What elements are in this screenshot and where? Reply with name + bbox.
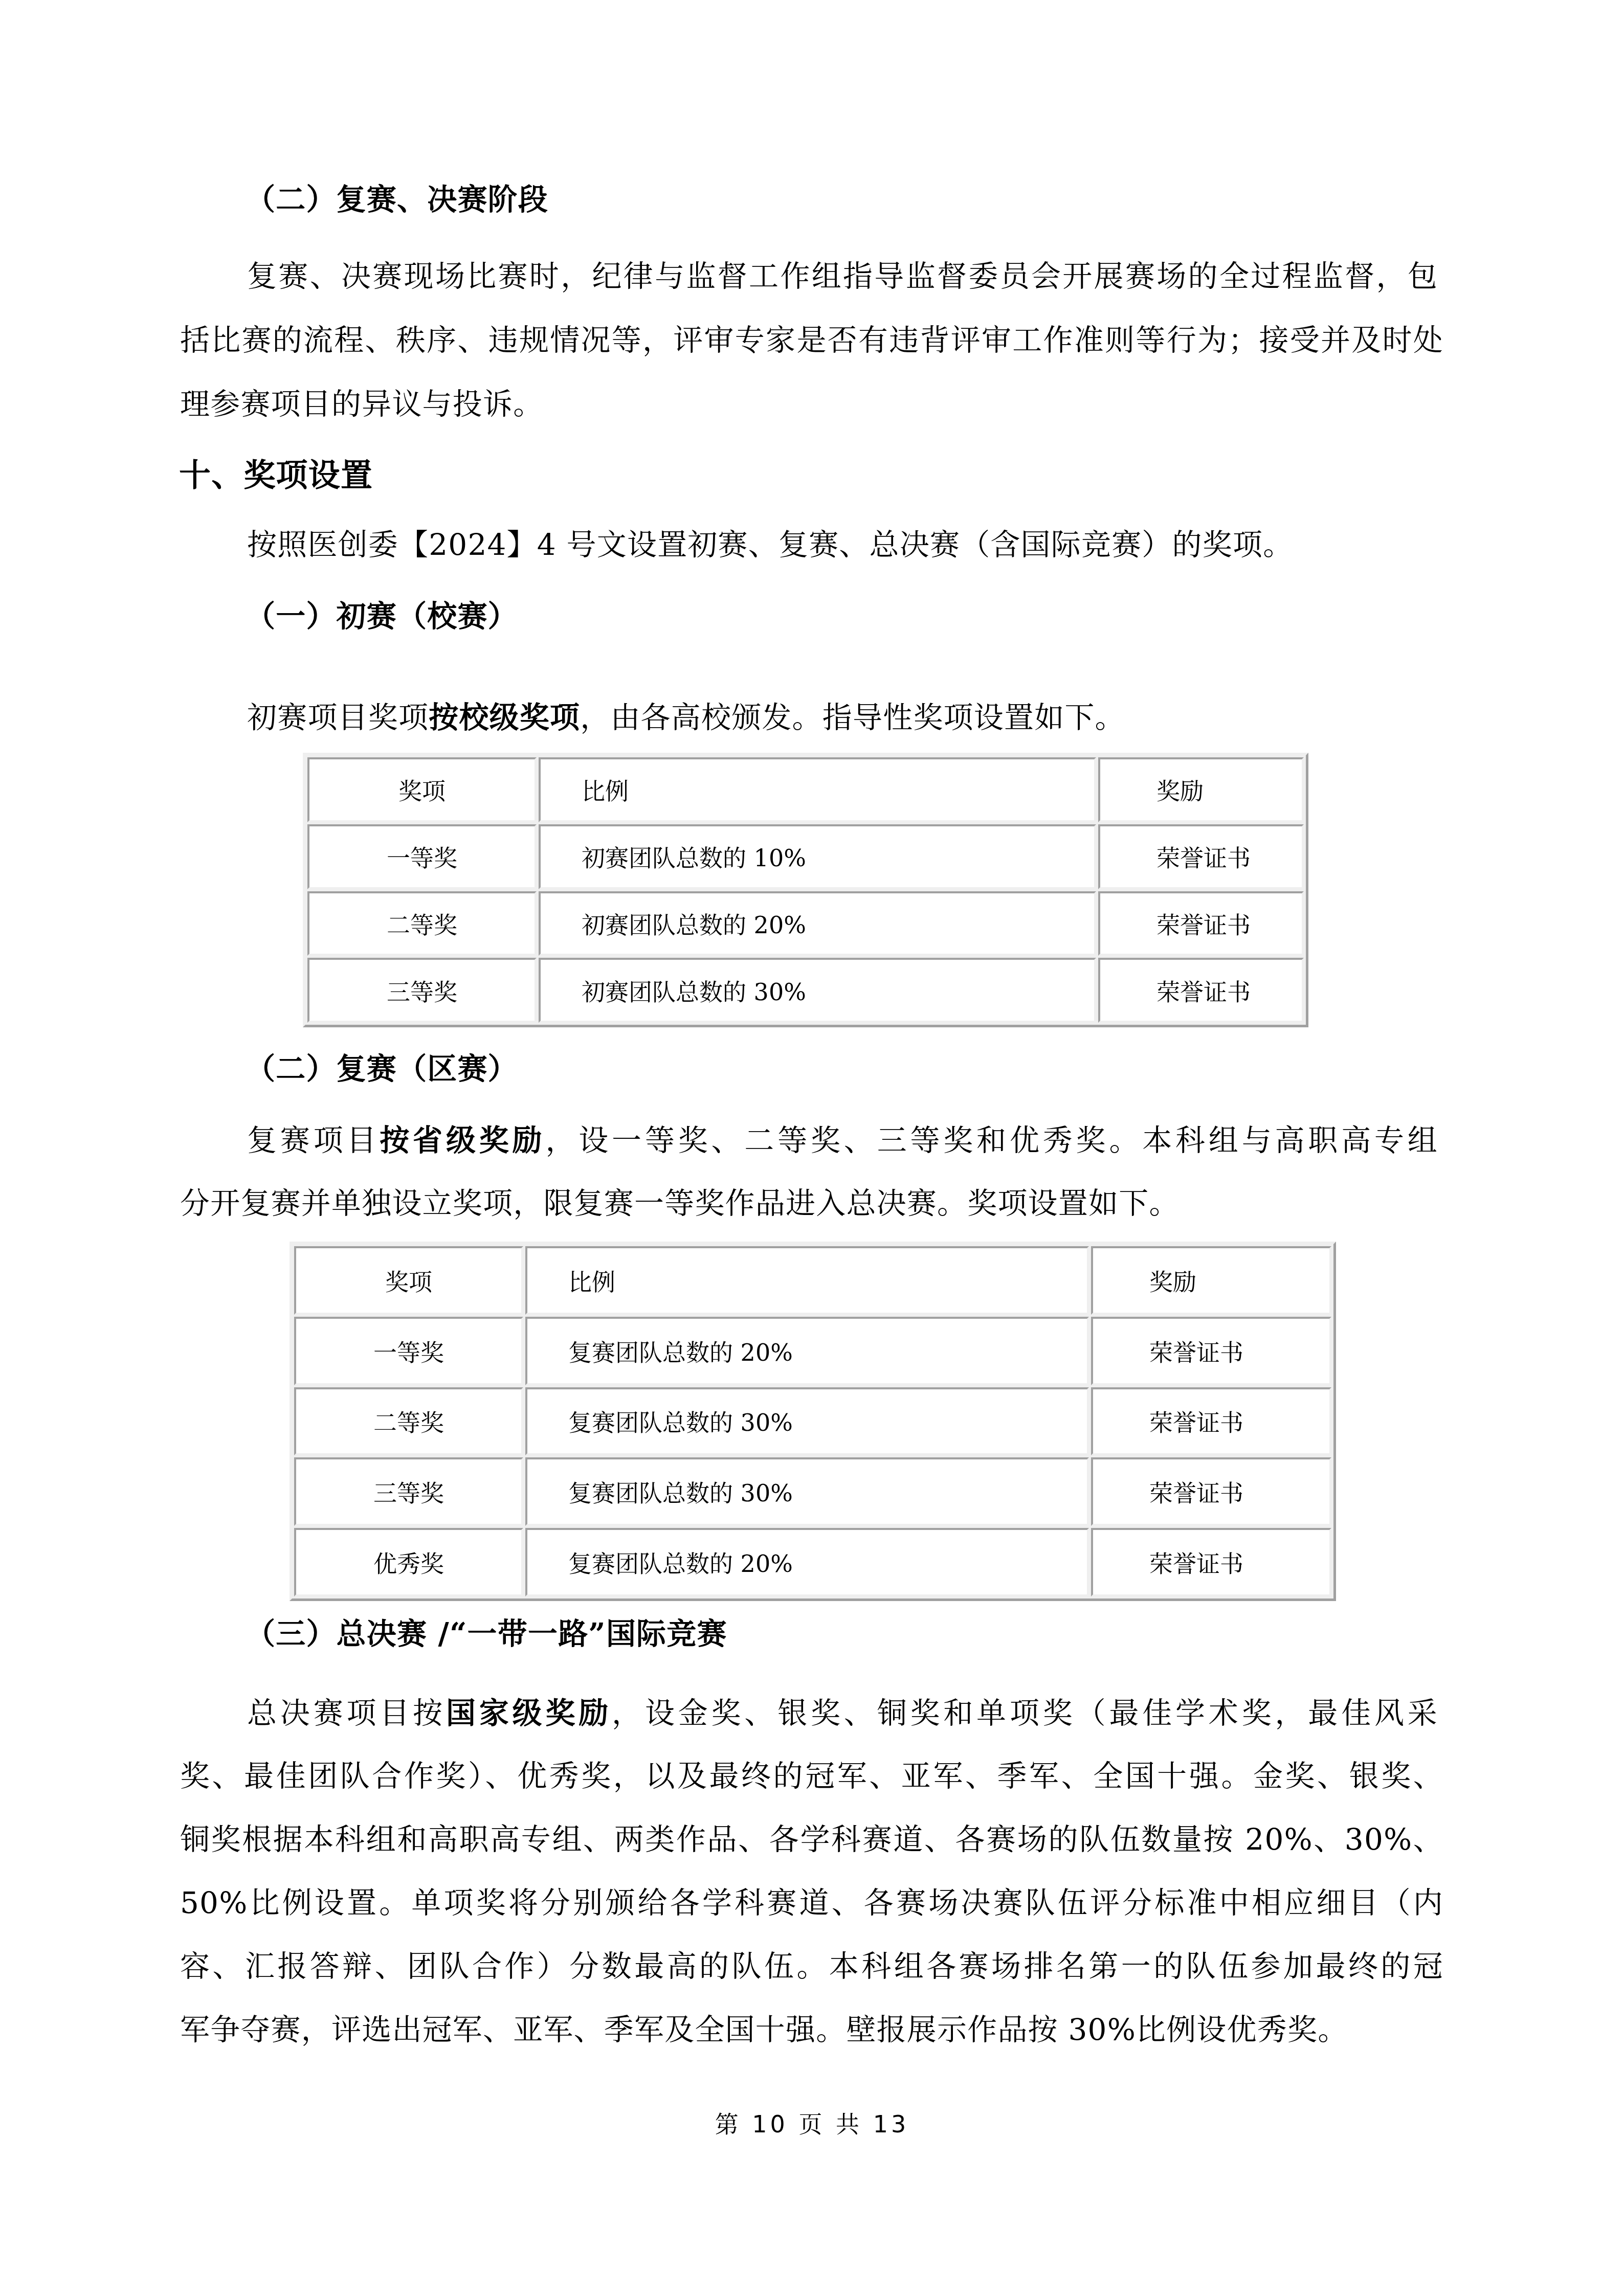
table-cell: 复赛团队总数的 30% (525, 1457, 1089, 1526)
table-cell: 荣誉证书 (1091, 1528, 1331, 1596)
text: ，由各高校颁发。指导性奖项设置如下。 (580, 700, 1125, 735)
chapter-intro: 按照医创委【2024】4 号文设置初赛、复赛、总决赛（含国际竞赛）的奖项。 (247, 527, 1510, 562)
paragraph-line: 铜奖根据本科组和高职高专组、两类作品、各学科赛道、各赛场的队伍数量按 20%、3… (180, 1821, 1443, 1857)
table-cell: 荣誉证书 (1098, 958, 1304, 1023)
table-row: 优秀奖 复赛团队总数的 20% 荣誉证书 (294, 1528, 1331, 1596)
table-cell: 荣誉证书 (1098, 891, 1304, 956)
table-cell: 荣誉证书 (1091, 1387, 1331, 1456)
paragraph-line: 复赛、决赛现场比赛时，纪律与监督工作组指导监督委员会开展赛场的全过程监督，包 (247, 258, 1438, 294)
table-cell: 初赛团队总数的 20% (539, 891, 1096, 956)
paragraph-line: 军争夺赛，评选出冠军、亚军、季军及全国十强。壁报展示作品按 30%比例设优秀奖。 (180, 2012, 1443, 2047)
table-cell: 一等奖 (307, 824, 537, 889)
table-cell: 复赛团队总数的 30% (525, 1387, 1089, 1456)
table-cell: 二等奖 (294, 1387, 523, 1456)
table-cell: 荣誉证书 (1098, 824, 1304, 889)
table-row: 二等奖 初赛团队总数的 20% 荣誉证书 (307, 891, 1304, 956)
header-cell: 奖项 (294, 1246, 523, 1315)
subsection-heading-preliminary: （一）初赛（校赛） (246, 598, 1509, 634)
table-cell: 三等奖 (294, 1457, 523, 1526)
header-cell: 奖项 (307, 757, 537, 822)
header-cell: 比例 (539, 757, 1096, 822)
table-cell: 荣誉证书 (1091, 1457, 1331, 1526)
text: 总决赛项目按 (247, 1696, 446, 1730)
table-header-row: 奖项 比例 奖励 (294, 1246, 1331, 1315)
header-cell: 奖励 (1091, 1246, 1331, 1315)
table-cell: 初赛团队总数的 10% (539, 824, 1096, 889)
text: 初赛项目奖项 (247, 700, 429, 735)
table-cell: 复赛团队总数的 20% (525, 1528, 1089, 1596)
document-page: （二）复赛、决赛阶段 复赛、决赛现场比赛时，纪律与监督工作组指导监督委员会开展赛… (0, 0, 1624, 2296)
table-cell: 三等奖 (307, 958, 537, 1023)
preliminary-description: 初赛项目奖项按校级奖项，由各高校颁发。指导性奖项设置如下。 (247, 700, 1510, 735)
paragraph-line: 理参赛项目的异议与投诉。 (180, 386, 1443, 422)
table-cell: 初赛团队总数的 30% (539, 958, 1096, 1023)
table-row: 一等奖 复赛团队总数的 20% 荣誉证书 (294, 1317, 1331, 1385)
table-row: 一等奖 初赛团队总数的 10% 荣誉证书 (307, 824, 1304, 889)
text: 复赛项目 (247, 1123, 380, 1158)
subsection-heading-final: （三）总决赛 /“一带一路”国际竞赛 (246, 1616, 1509, 1652)
table-cell: 优秀奖 (294, 1528, 523, 1596)
preliminary-award-table: 奖项 比例 奖励 一等奖 初赛团队总数的 10% 荣誉证书 二等奖 初赛团队总数… (303, 753, 1308, 1027)
text: ，设一等奖、二等奖、三等奖和优秀奖。本科组与高职高专组 (545, 1123, 1438, 1158)
table-cell: 荣誉证书 (1091, 1317, 1331, 1385)
table-cell: 二等奖 (307, 891, 537, 956)
semifinal-description-line2: 分开复赛并单独设立奖项，限复赛一等奖作品进入总决赛。奖项设置如下。 (180, 1185, 1443, 1221)
section-heading-semifinal-final-stage: （二）复赛、决赛阶段 (246, 182, 1509, 217)
table-cell: 复赛团队总数的 20% (525, 1317, 1089, 1385)
paragraph-line: 括比赛的流程、秩序、违规情况等，评审专家是否有违背评审工作准则等行为；接受并及时… (180, 322, 1443, 358)
subsection-heading-semifinal: （二）复赛（区赛） (246, 1051, 1509, 1087)
bold-text: 国家级奖励 (446, 1696, 612, 1730)
table-row: 三等奖 初赛团队总数的 30% 荣誉证书 (307, 958, 1304, 1023)
final-description-line1: 总决赛项目按国家级奖励，设金奖、银奖、铜奖和单项奖（最佳学术奖，最佳风采 (247, 1695, 1438, 1731)
paragraph-line: 容、汇报答辩、团队合作）分数最高的队伍。本科组各赛场排名第一的队伍参加最终的冠 (180, 1948, 1443, 1984)
header-cell: 奖励 (1098, 757, 1304, 822)
text: ，设金奖、银奖、铜奖和单项奖（最佳学术奖，最佳风采 (612, 1696, 1438, 1730)
header-cell: 比例 (525, 1246, 1089, 1315)
bold-text: 按省级奖励 (380, 1123, 545, 1158)
bold-text: 按校级奖项 (429, 700, 580, 735)
chapter-heading-awards: 十、奖项设置 (179, 458, 1442, 493)
semifinal-description-line1: 复赛项目按省级奖励，设一等奖、二等奖、三等奖和优秀奖。本科组与高职高专组 (247, 1122, 1438, 1158)
table-row: 三等奖 复赛团队总数的 30% 荣誉证书 (294, 1457, 1331, 1526)
paragraph-line: 50%比例设置。单项奖将分别颁给各学科赛道、各赛场决赛队伍评分标准中相应细目（内 (180, 1885, 1443, 1921)
table-cell: 一等奖 (294, 1317, 523, 1385)
page-number: 第 10 页 共 13 (0, 2106, 1624, 2140)
table-header-row: 奖项 比例 奖励 (307, 757, 1304, 822)
table-row: 二等奖 复赛团队总数的 30% 荣誉证书 (294, 1387, 1331, 1456)
semifinal-award-table: 奖项 比例 奖励 一等奖 复赛团队总数的 20% 荣誉证书 二等奖 复赛团队总数… (290, 1242, 1336, 1601)
paragraph-line: 奖、最佳团队合作奖）、优秀奖，以及最终的冠军、亚军、季军、全国十强。金奖、银奖、 (180, 1758, 1443, 1794)
